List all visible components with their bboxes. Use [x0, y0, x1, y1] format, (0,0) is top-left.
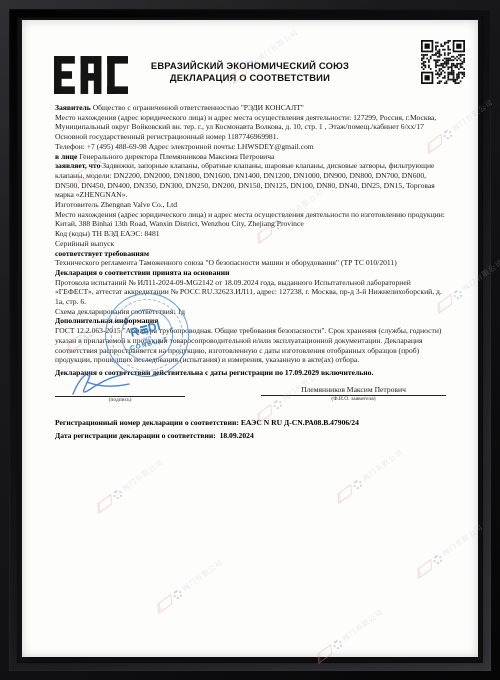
registration-number-line: Регистрационный номер декларации о соотв…	[55, 418, 446, 428]
manufacturer-line: Изготовитель Zhengnan Valve Co., Ltd	[55, 200, 446, 210]
basis-heading: Декларация о соответствии принята на осн…	[55, 268, 446, 278]
tnved-code-line: Код (коды) ТН ВЭД ЕАЭС: 8481	[55, 229, 446, 239]
signature-area: (подпись)	[55, 382, 185, 414]
ogrn-line: Основной государственный регистрационный…	[55, 132, 446, 142]
eac-mark	[54, 56, 128, 94]
reg-date-value: 18.09.2024	[220, 431, 254, 440]
declares-label: заявляет, что	[55, 161, 100, 170]
serial-release-line: Серийный выпуск	[55, 239, 446, 249]
reg-number-value: ЕАЭС N RU Д-CN.РА08.В.47906/24	[241, 418, 359, 427]
signatory-caption: (Ф.И.О. заявителя)	[261, 396, 446, 403]
applicant-address: Место нахождения (адрес юридического лиц…	[55, 113, 446, 132]
signature-row: (подпись) Племянников Максим Петрович (Ф…	[55, 382, 446, 414]
framed-declaration-photo: ЕВРАЗИЙСКИЙ ЭКОНОМИЧЕСКИЙ СОЮЗ ДЕКЛАРАЦИ…	[0, 0, 500, 680]
reg-date-label: Дата регистрации декларации о соответств…	[55, 431, 216, 440]
applicant-name: Общество с ограниченной ответственностью…	[93, 103, 304, 112]
signatory-area: Племянников Максим Петрович (Ф.И.О. заяв…	[261, 382, 446, 414]
document-title: ЕВРАЗИЙСКИЙ ЭКОНОМИЧЕСКИЙ СОЮЗ ДЕКЛАРАЦИ…	[132, 60, 368, 84]
phone-email-line: Телефон: +7 (495) 488-69-98 Адрес электр…	[55, 142, 446, 152]
title-declaration: ДЕКЛАРАЦИЯ О СООТВЕТСТВИИ	[132, 72, 368, 84]
product-list: Задвижки, запорные клапаны, обратные кла…	[55, 161, 435, 199]
applicant-paragraph: Заявитель Общество с ограниченной ответс…	[55, 103, 446, 113]
declaration-document: ЕВРАЗИЙСКИЙ ЭКОНОМИЧЕСКИЙ СОЮЗ ДЕКЛАРАЦИ…	[22, 20, 478, 657]
document-body: Заявитель Общество с ограниченной ответс…	[55, 103, 446, 441]
manufacturer-address: Место нахождения (адрес юридического лиц…	[55, 210, 446, 229]
qr-code	[421, 40, 465, 84]
complies-heading: соответствует требованиям	[55, 249, 446, 259]
in-person-label: в лице	[55, 152, 77, 161]
complies-text: Технического регламента Таможенного союз…	[55, 258, 446, 268]
in-person-paragraph: в лице Генерального директора Племяннико…	[55, 152, 446, 162]
applicant-label: Заявитель	[55, 103, 91, 112]
registration-date-line: Дата регистрации декларации о соответств…	[55, 431, 446, 441]
stamp-logo-di: DI	[146, 318, 162, 335]
title-union: ЕВРАЗИЙСКИЙ ЭКОНОМИЧЕСКИЙ СОЮЗ	[132, 60, 368, 72]
declares-paragraph: заявляет, что Задвижки, запорные клапаны…	[55, 161, 446, 200]
director-name: Генерального директора Племянникова Макс…	[79, 152, 274, 161]
reg-number-label: Регистрационный номер декларации о соотв…	[55, 418, 239, 427]
signatory-name: Племянников Максим Петрович	[261, 382, 446, 395]
